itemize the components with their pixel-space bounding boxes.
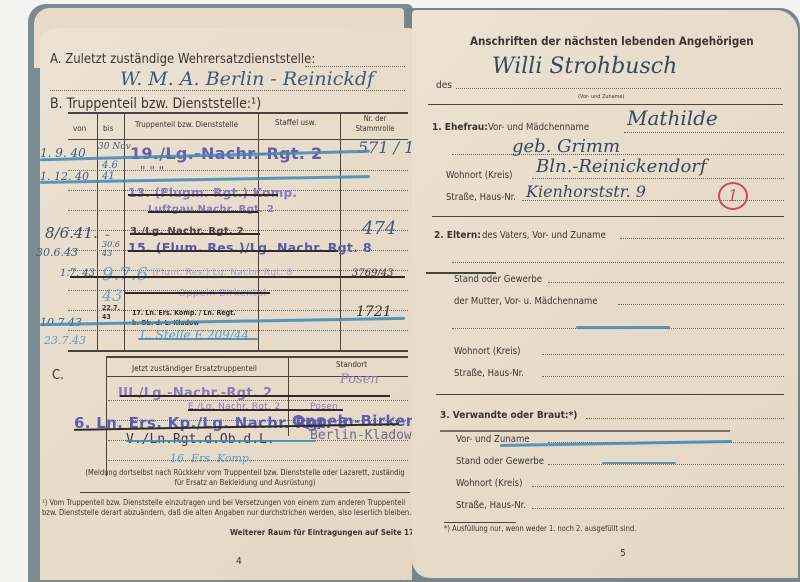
divider [432, 216, 784, 217]
divider [80, 492, 410, 493]
ehefrau-name-value: Mathilde [627, 106, 718, 130]
strikethrough [120, 395, 390, 397]
section-c-border [106, 356, 408, 358]
ehefrau-strasse-value: Kienhorststr. 9 [526, 182, 646, 201]
strikethrough [126, 440, 316, 442]
row-line [108, 460, 408, 461]
dotted-line [452, 262, 784, 263]
name-caption: (Vor- und Zuname) [578, 94, 624, 100]
soldier-name: Willi Strohbusch [492, 54, 677, 79]
pen-mark [440, 430, 730, 432]
strikethrough [138, 338, 258, 340]
cell-bis: 30.6 43 [102, 240, 124, 258]
cell-unit-stamp: Luftgau Nachr. Rgt. 2 [148, 204, 274, 215]
des-label: des [436, 80, 452, 91]
strikethrough [70, 276, 405, 278]
column-header-standort: Standort [336, 360, 367, 369]
dotted-line [542, 354, 784, 355]
cell-bis: 43 [102, 286, 122, 305]
divider [444, 522, 516, 523]
strikethrough [188, 409, 343, 411]
ehefrau-wohnort-label: Wohnort (Kreis) [446, 170, 512, 181]
ersatz-unit: 16. Ers. Komp. [170, 452, 252, 465]
dotted-line [305, 66, 405, 67]
dotted-line [532, 508, 784, 509]
ersatz-standort-stamp: Berlin-Kladow [310, 428, 412, 443]
cell-nr: 474 [362, 218, 396, 239]
cell-bis: 9.7.6 [102, 264, 148, 285]
footnote: *) Ausfüllung nur, wenn weder 1. noch 2.… [444, 524, 636, 533]
page-4: A. Zuletzt zuständige Wehrersatzdienstst… [40, 28, 412, 580]
dotted-line [548, 282, 784, 283]
cell-unit-stamp: 3./Lg. Nachr. Rgt. 2 [130, 226, 244, 237]
pen-mark [500, 440, 732, 447]
cell-unit: " " " [140, 164, 164, 178]
page-title: Anschriften der nächsten lebenden Angehö… [470, 34, 754, 48]
dotted-line [532, 486, 784, 487]
strikethrough [128, 194, 278, 196]
column-header-staffel: Staffel usw. [275, 118, 316, 127]
cell-unit-stamp: 15. (Flum. Res.)/Lg. Nachr. Rgt. 8 [128, 240, 372, 255]
divider [436, 394, 784, 395]
table-header-border [68, 139, 408, 140]
strikethrough [130, 233, 260, 235]
column-header-stammrolle: Nr. der Stammrolle [346, 114, 404, 134]
cell-bis: 30 Nov [98, 142, 131, 152]
vater-label: des Vaters, Vor- und Zuname [482, 230, 606, 241]
mutter-label: der Mutter, Vor- u. Mädchenname [454, 296, 598, 307]
vater-stand-label: Stand oder Gewerbe [454, 274, 542, 285]
cell-unit-stamp: Oppeln-Birkental [178, 288, 266, 299]
section3-label: 3. Verwandte oder Braut:*) [440, 410, 577, 421]
dotted-line [624, 132, 784, 133]
section-a-value: W. M. A. Berlin - Reinickdf [120, 68, 374, 90]
ehefrau-name-label: Vor- und Mädchenname [488, 122, 589, 133]
cell-von: 8/6.41. [45, 224, 98, 242]
strikethrough [148, 211, 258, 213]
section1-label: 1. Ehefrau: [432, 122, 488, 133]
page-5: Anschriften der nächsten lebenden Angehö… [412, 10, 798, 578]
cell-bis: 22.7. 43 [102, 304, 124, 322]
eltern-wohnort-label: Wohnort (Kreis) [454, 346, 520, 357]
ehefrau-maiden-name: geb. Grimm [512, 136, 620, 157]
strikethrough [125, 292, 270, 294]
col-divider [340, 112, 341, 350]
dotted-line [620, 238, 784, 239]
section-c-note: (Meldung dortselbst nach Rückkehr vom Tr… [80, 468, 410, 488]
cell-von: 30.6.43 [36, 246, 78, 259]
ehefrau-wohnort-value: Bln.-Reinickendorf [536, 156, 707, 177]
column-header-ersatztruppenteil: Jetzt zuständiger Ersatztruppenteil [132, 364, 257, 373]
pen-mark [602, 462, 676, 464]
column-header-truppenteil: Truppenteil bzw. Dienststelle [135, 120, 238, 129]
section2-label: 2. Eltern: [434, 230, 481, 241]
column-header-von: von [73, 124, 86, 133]
section-c-label: C. [52, 368, 64, 383]
ersatz-standort: Posen [340, 372, 379, 387]
verwandte-wohnort-label: Wohnort (Kreis) [456, 478, 522, 489]
dotted-line [586, 418, 784, 419]
cell-von: 23.7.43 [44, 334, 86, 347]
dotted-line [532, 178, 784, 179]
circled-mark: 1 [718, 182, 748, 210]
dotted-line [618, 304, 784, 305]
cell-unit-stamp: 17. Ln. Ers. Komp. / Ln. Regt. b. Ob. d.… [132, 308, 242, 328]
more-space-note: Weiterer Raum für Eintragungen auf Seite… [230, 528, 417, 537]
eltern-strasse-label: Straße, Haus-Nr. [454, 368, 524, 379]
ehefrau-strasse-label: Straße, Haus-Nr. [446, 192, 516, 203]
dotted-line [456, 88, 781, 89]
page-number: 5 [620, 548, 626, 559]
table-bottom-border [68, 350, 408, 352]
footnote: ¹) Vom Truppenteil bzw. Dienststelle ein… [42, 498, 414, 518]
cell-unit-stamp: 13. (Flugm. Rgt.) Komp. [128, 186, 297, 200]
page-number: 4 [236, 556, 242, 567]
section-b-label: B. Truppenteil bzw. Dienststelle:¹) [50, 96, 261, 112]
dotted-line [548, 464, 784, 465]
divider [428, 104, 783, 105]
ersatz-standort-stamp: Posen [310, 402, 338, 412]
section-a-label: A. Zuletzt zuständige Wehrersatzdienstst… [50, 52, 315, 67]
dotted-line [542, 376, 784, 377]
strikethrough [40, 175, 370, 184]
verwandte-strasse-label: Straße, Haus-Nr. [456, 500, 526, 511]
ersatz-unit-stamp: E./Lg. Nachr. Rgt. 2 [188, 402, 280, 412]
column-header-bis: bis [103, 124, 113, 133]
strikethrough [128, 250, 338, 252]
pen-mark [576, 326, 670, 329]
verwandte-stand-label: Stand oder Gewerbe [456, 456, 544, 467]
ersatz-unit-stamp: III./Lg.-Nachr.-Rgt. 2 [118, 386, 272, 401]
dotted-line [50, 90, 405, 91]
